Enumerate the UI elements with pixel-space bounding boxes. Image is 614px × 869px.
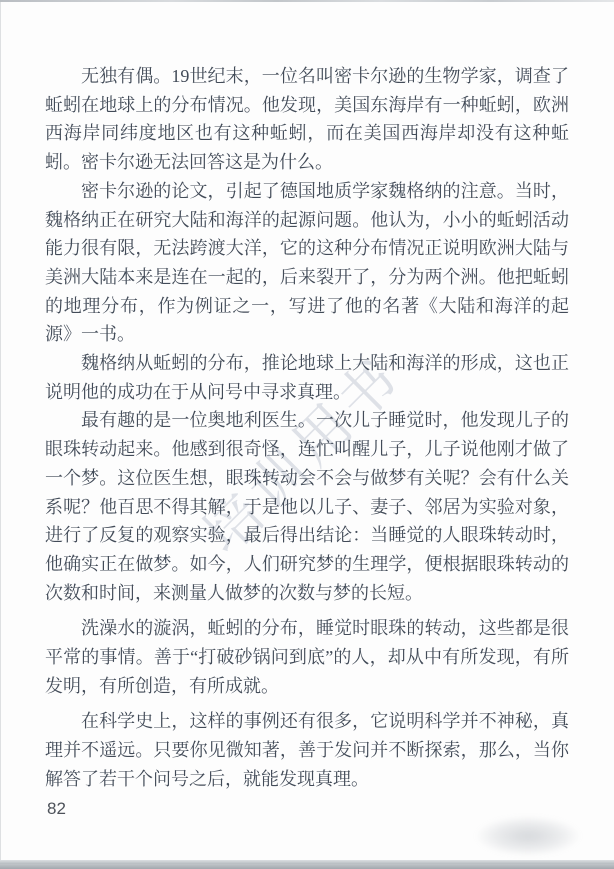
paragraph: 魏格纳从蚯蚓的分布，推论地球上大陆和海洋的形成，这也正说明他的成功在于从问号中寻… [45,349,569,406]
page-number: 82 [47,799,66,819]
paragraph: 最有趣的是一位奥地利医生。一次儿子睡觉时，他发现儿子的眼珠转动起来。他感到很奇怪… [45,406,569,607]
paragraph: 洗澡水的漩涡，蚯蚓的分布，睡觉时眼珠的转动，这些都是很平常的事情。善于“打破砂锅… [45,614,569,700]
scan-bottom-edge [0,860,614,869]
scan-smudge [476,816,580,856]
body-text: 无独有偶。19世纪末，一位名叫密卡尔逊的生物学家，调查了蚯蚓在地球上的分布情况。… [45,62,569,794]
paragraph: 密卡尔逊的论文，引起了德国地质学家魏格纳的注意。当时，魏格纳正在研究大陆和海洋的… [45,177,569,349]
scanned-textbook-page: 培训用书 无独有偶。19世纪末，一位名叫密卡尔逊的生物学家，调查了蚯蚓在地球上的… [0,0,614,869]
scan-top-edge [0,0,614,2]
paragraph: 无独有偶。19世纪末，一位名叫密卡尔逊的生物学家，调查了蚯蚓在地球上的分布情况。… [45,62,569,177]
paragraph: 在科学史上，这样的事例还有很多，它说明科学并不神秘，真理并不遥远。只要你见微知著… [45,707,569,793]
scan-left-edge [0,0,1,869]
